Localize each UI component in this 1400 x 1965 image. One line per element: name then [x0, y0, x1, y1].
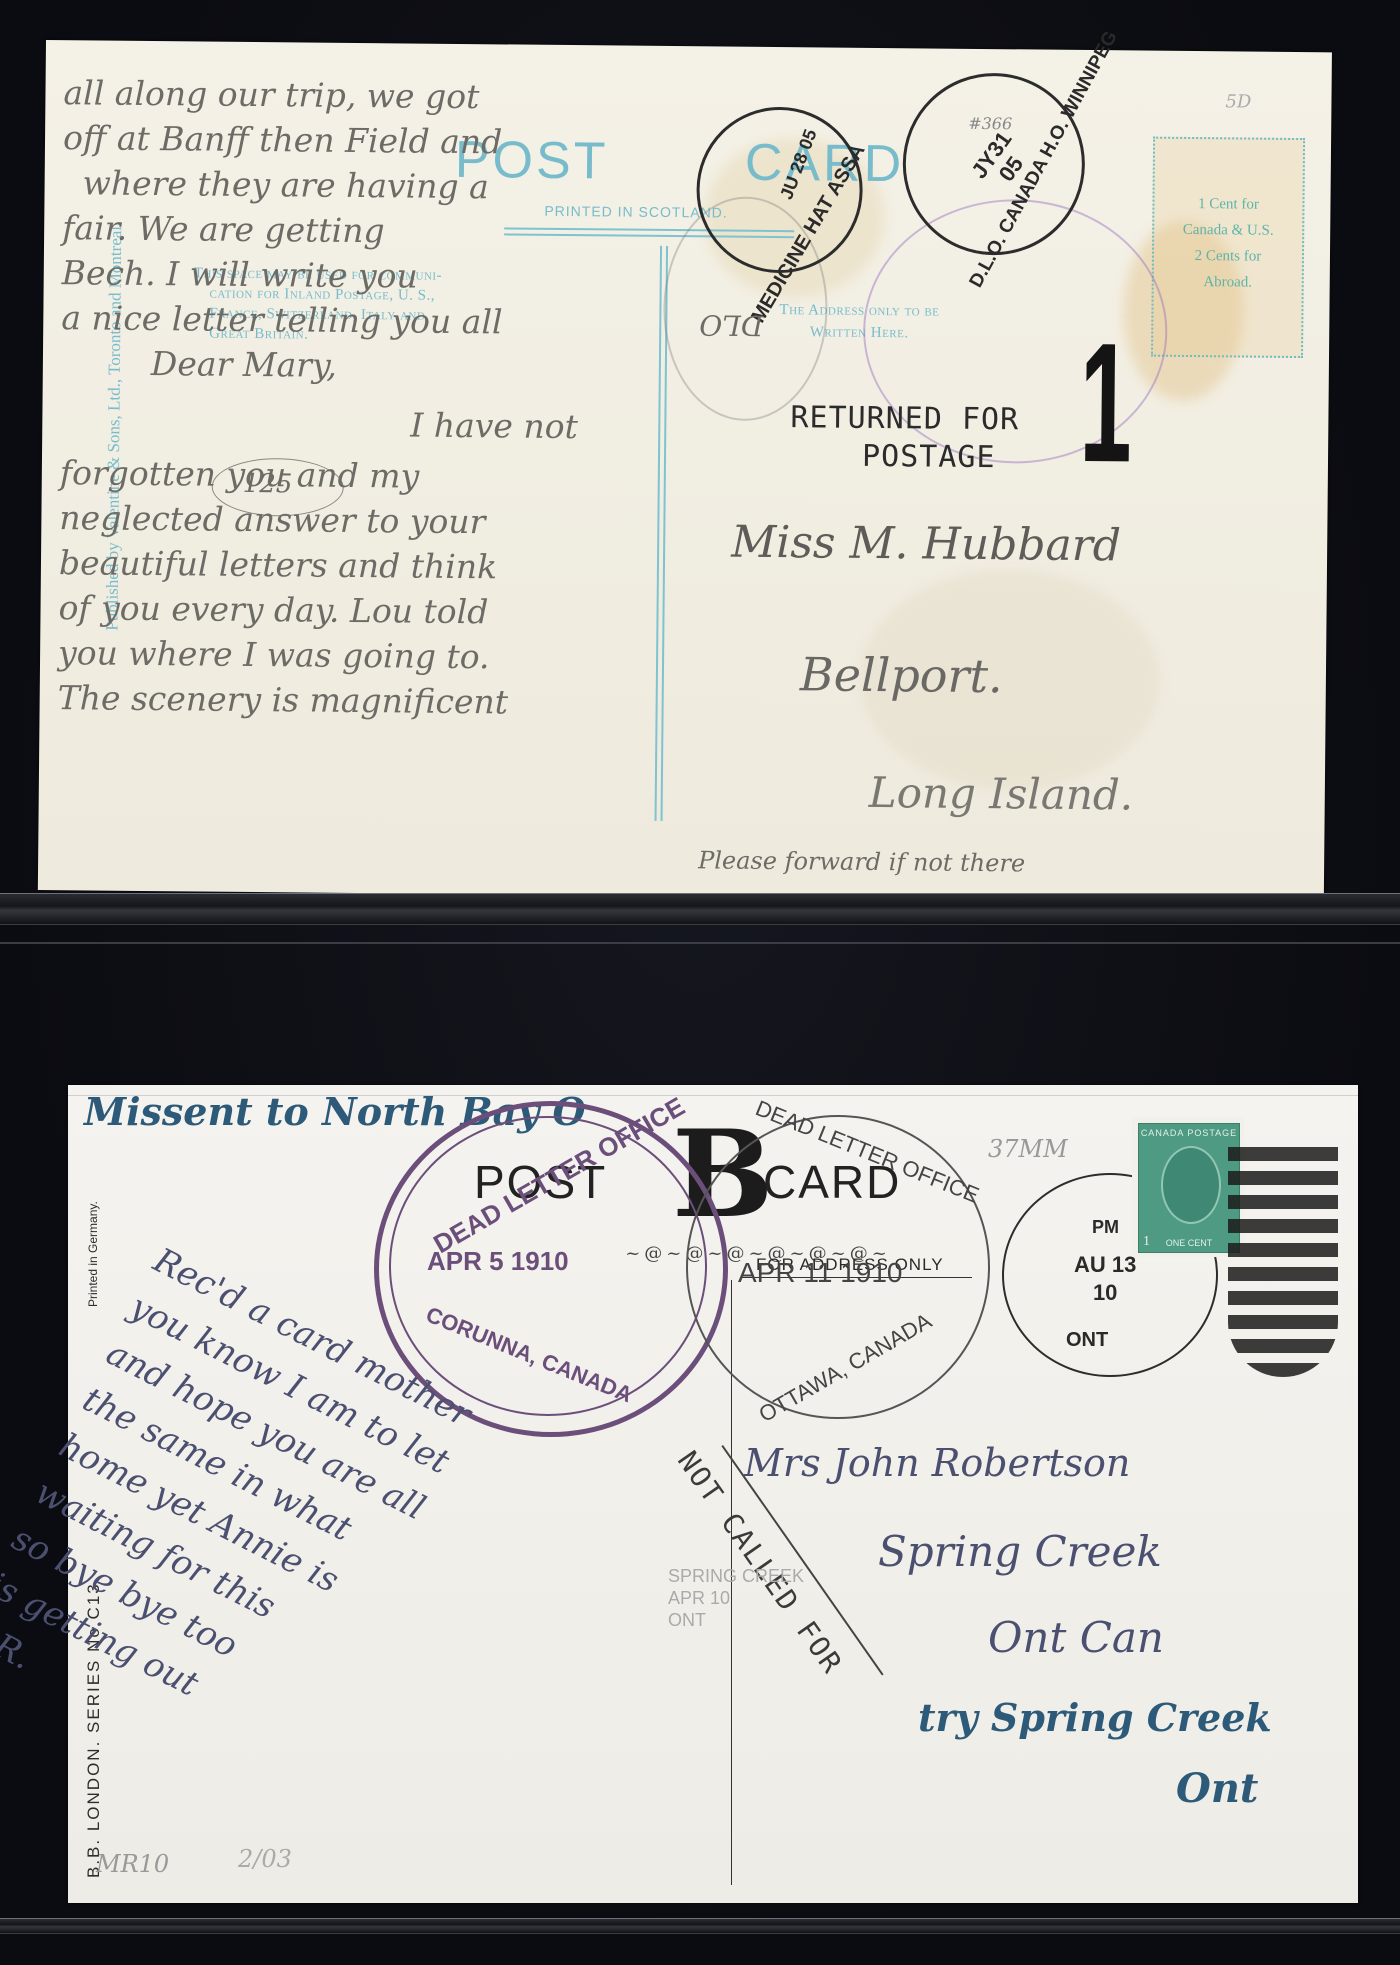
message-line: all along our trip, we got — [63, 70, 581, 120]
handstamp-line: POSTAGE — [790, 437, 1019, 477]
redirect-line: try Spring Creek — [918, 1695, 1272, 1740]
sleeve-divider — [0, 893, 1400, 925]
message-line: where they are having a — [62, 160, 580, 210]
postmark-date: JU 28 05 — [776, 126, 820, 201]
pencil-note: 37MM — [988, 1135, 1068, 1163]
postmark-dlo-winnipeg: D.L.O. CANADA H.O. WINNIPEG #366 JY31 05 — [902, 72, 1086, 256]
postmark-date: APR 5 1910 — [427, 1246, 569, 1277]
faint-cancel-line: ONT — [668, 1609, 804, 1631]
cancel-date: AU 13 10 — [1074, 1251, 1136, 1307]
postmark-medicine-hat: MEDICINE HAT ASSA JU 28 05 — [696, 106, 864, 274]
address-line: Ont Can — [988, 1613, 1164, 1662]
sleeve-edge — [0, 942, 1400, 944]
cancel-time: PM — [1092, 1217, 1119, 1238]
message-line: I have not — [60, 399, 578, 449]
message-line: a nice letter telling you all — [61, 295, 579, 345]
date-part: 05 — [795, 126, 821, 152]
stamp-value: ONE CENT — [1139, 1238, 1239, 1248]
message-line: The scenery is magnificent — [57, 675, 575, 725]
postmark-ring-text: DEAD LETTER OFFICE — [752, 1095, 983, 1208]
faint-cancel-line: APR 10 — [668, 1587, 804, 1609]
dealer-pencil-note: 2/03 — [238, 1845, 292, 1873]
redirect-line: Ont — [1176, 1765, 1258, 1812]
address-line: Miss M. Hubbard — [731, 517, 1121, 572]
stamp-design: CANADA POSTAGE ONE CENT 1 — [1138, 1123, 1240, 1253]
message-line: you where I was going to. — [58, 630, 576, 680]
cancel-bottom: ONT — [1066, 1329, 1108, 1352]
postage-due-numeral: 1 — [1079, 318, 1133, 488]
postmark-date: APR 11 1910 — [738, 1257, 903, 1289]
message-line: off at Banff then Field and — [63, 115, 581, 165]
sleeve-divider — [0, 1918, 1400, 1934]
forwarding-note: Please forward if not there — [698, 846, 1025, 877]
message-text: all along our trip, we got off at Banff … — [57, 70, 581, 725]
stamp-box-line: 2 Cents for — [1154, 243, 1302, 270]
date-part: 10 — [1074, 1279, 1136, 1307]
pencil-dlo-note: DLO — [699, 308, 763, 342]
returned-for-postage-handstamp: RETURNED FOR POSTAGE — [790, 399, 1019, 477]
stamp-numeral: 1 — [1143, 1234, 1150, 1250]
address-line: Bellport. — [800, 647, 1003, 703]
stamp-box-line: Abroad. — [1154, 269, 1302, 296]
address-line: Spring Creek — [878, 1527, 1162, 1576]
message-line: Bech. I will write you — [62, 250, 580, 300]
stamp-box-line: Canada & U.S. — [1154, 217, 1302, 244]
address-line: Long Island. — [869, 768, 1134, 820]
address-line: Mrs John Robertson — [744, 1441, 1130, 1485]
message-line: Dear Mary, — [61, 340, 579, 390]
pencil-corner-note: 5D — [1225, 91, 1251, 112]
stamp-box-line: 1 Cent for — [1154, 191, 1302, 218]
date-part: 28 — [786, 150, 812, 176]
message-line: of you every day. Lou told — [58, 585, 576, 635]
king-portrait-icon — [1161, 1146, 1221, 1224]
postmark-bottom-text: OTTAWA, CANADA — [755, 1308, 937, 1428]
date-part: AU 13 — [1074, 1251, 1136, 1279]
handstamp-line: RETURNED FOR — [790, 399, 1019, 439]
pencil-number: #366 — [968, 114, 1012, 133]
message-line: neglected answer to your — [59, 495, 577, 545]
message-line: forgotten you and my — [60, 450, 578, 500]
printed-in-germany: Printed in Germany. — [86, 1201, 100, 1307]
message-line: fair. We are getting — [62, 205, 580, 255]
dealer-pencil-note: MR10 — [96, 1850, 169, 1878]
postcard-top: Published by Valentine & Sons, Ltd., Tor… — [38, 40, 1332, 902]
duplex-cancel-bars — [1228, 1147, 1338, 1377]
dead-letter-office-ottawa-postmark: DEAD LETTER OFFICE APR 11 1910 OTTAWA, C… — [686, 1115, 990, 1419]
stamp-placement-box: 1 Cent for Canada & U.S. 2 Cents for Abr… — [1151, 137, 1305, 358]
faint-cancel-line: SPRING CREEK — [668, 1565, 804, 1587]
date-part: JU — [776, 173, 803, 202]
faint-spring-creek-cancel: SPRING CREEK APR 10 ONT — [668, 1565, 804, 1631]
stamp-country: CANADA POSTAGE — [1139, 1128, 1239, 1138]
message-line: beautiful letters and think — [59, 540, 577, 590]
postcard-bottom: B.B. LONDON. SERIES No C13. Printed in G… — [68, 1085, 1358, 1903]
